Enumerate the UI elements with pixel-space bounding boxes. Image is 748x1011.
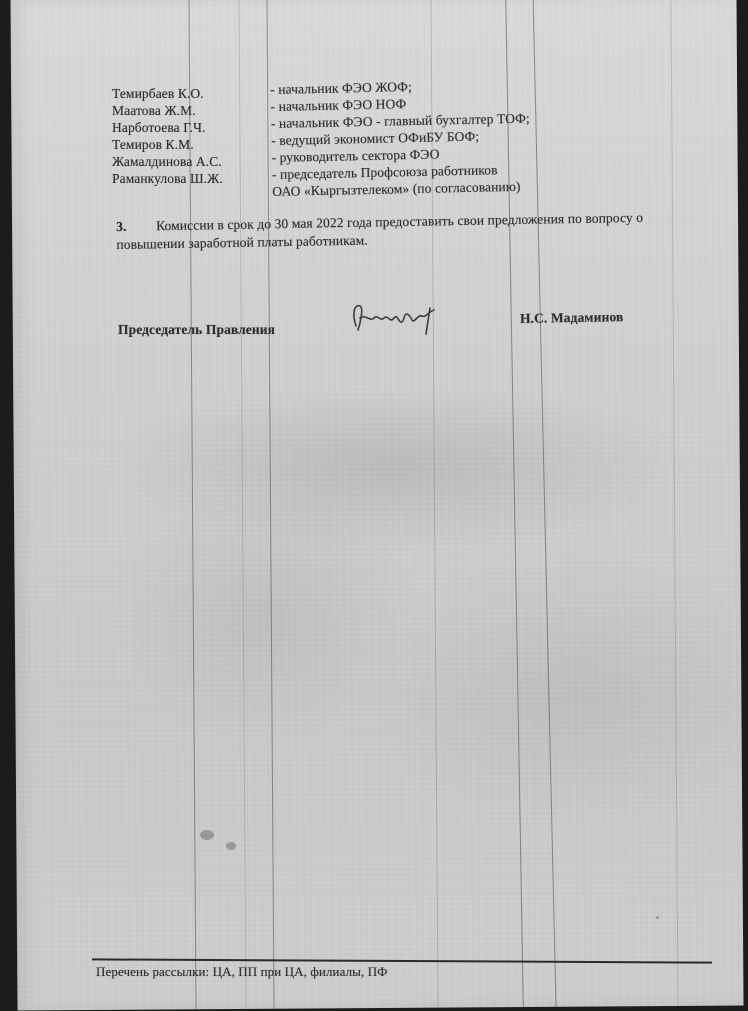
print-smudge [200, 830, 214, 840]
member-name: Темиров К.М. [112, 136, 223, 153]
signatory-name: Н.С. Мадаминов [520, 309, 624, 327]
member-name: Раманкулова Ш.Ж. [112, 170, 223, 187]
member-name: Маатова Ж.М. [112, 102, 223, 119]
clause-text: Комиссии в срок до 30 мая 2022 года пред… [116, 210, 643, 252]
fold-line [238, 0, 246, 1000]
member-name: Жамалдинова А.С. [112, 153, 223, 170]
handwritten-signature [348, 296, 448, 340]
fold-line [670, 0, 678, 1000]
member-name: Темирбаев К.О. [112, 85, 223, 102]
clause-number: 3. [116, 217, 156, 236]
member-name: Нарботоева Г.Ч. [112, 119, 223, 136]
print-smudge [226, 842, 236, 850]
distribution-list: Перечень рассылки: ЦА, ПП при ЦА, филиал… [96, 964, 388, 980]
member-roles: - начальник ФЭО ЖОФ; - начальник ФЭО НОФ… [270, 76, 531, 200]
fold-line [533, 0, 557, 1000]
print-smudge [656, 916, 659, 919]
member-names: Темирбаев К.О. Маатова Ж.М. Нарботоева Г… [112, 85, 223, 187]
signatory-title: Председатель Правления [118, 322, 275, 338]
